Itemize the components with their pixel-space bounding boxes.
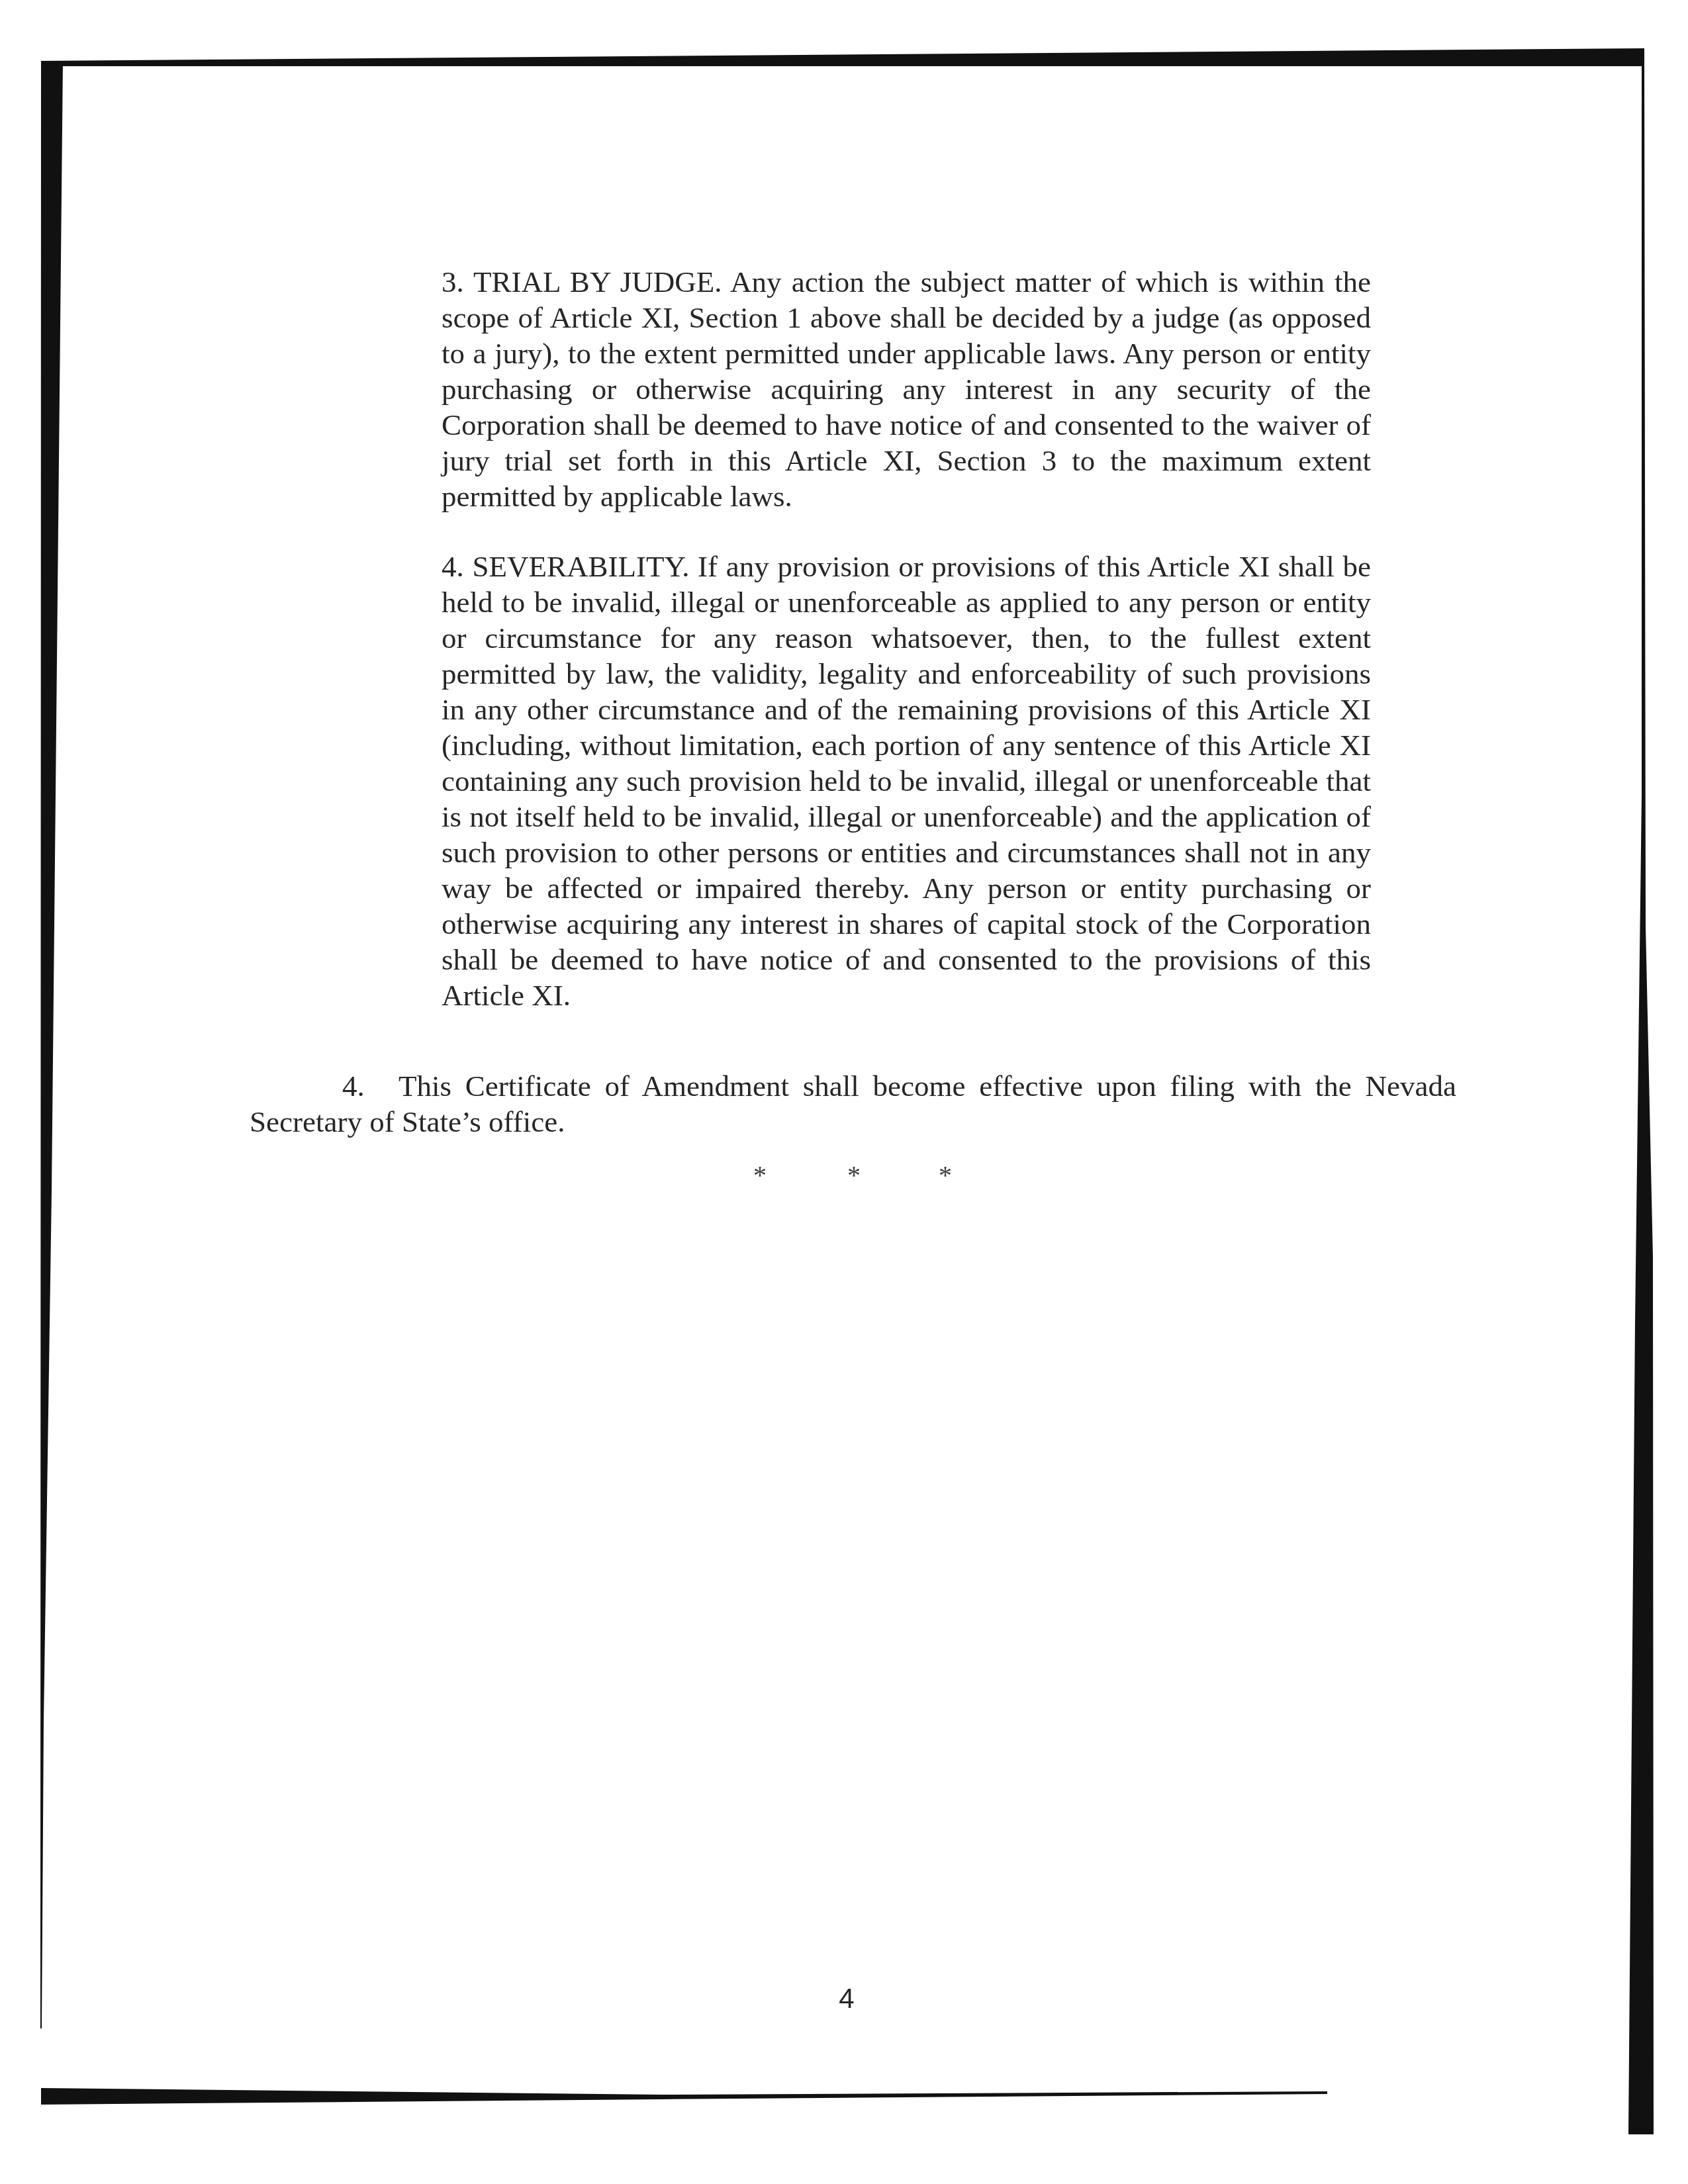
effective-clause: 4.This Certificate of Amendment shall be… bbox=[250, 1068, 1456, 1140]
document-page: 3. TRIAL BY JUDGE. Any action the subjec… bbox=[0, 0, 1688, 2184]
section-separator: * * * bbox=[748, 1160, 960, 1199]
left-border-bar bbox=[40, 61, 63, 2028]
separator-asterisk: * bbox=[847, 1160, 861, 1191]
effective-clause-text: This Certificate of Amendment shall beco… bbox=[250, 1069, 1456, 1138]
separator-asterisk: * bbox=[939, 1160, 952, 1191]
section-trial-by-judge: 3. TRIAL BY JUDGE. Any action the subjec… bbox=[442, 264, 1371, 514]
right-border-bar bbox=[1628, 48, 1654, 2134]
bottom-border-bar bbox=[41, 2088, 1327, 2105]
page-number: 4 bbox=[837, 1983, 857, 2015]
separator-asterisk: * bbox=[753, 1160, 767, 1191]
effective-clause-number: 4. bbox=[342, 1068, 399, 1104]
top-border-bar bbox=[41, 48, 1643, 66]
section-severability: 4. SEVERABILITY. If any provision or pro… bbox=[442, 549, 1371, 1013]
